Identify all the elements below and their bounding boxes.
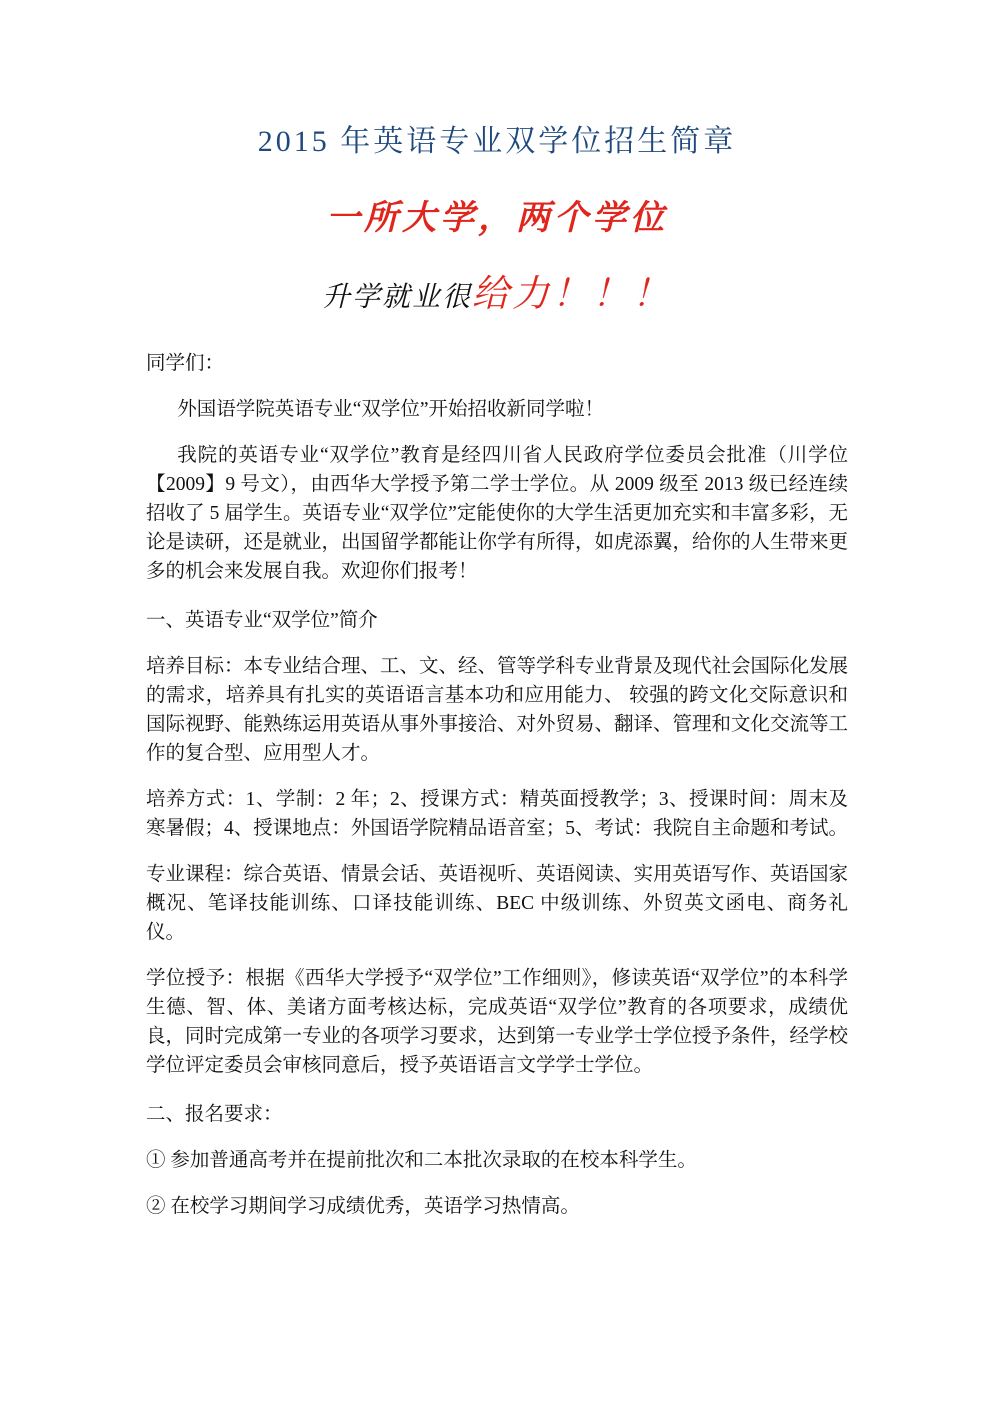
degree-award-paragraph: 学位授予：根据《西华大学授予“双学位”工作细则》，修读英语“双学位”的本科学生德… bbox=[146, 964, 848, 1080]
document-page: 2015 年英语专业双学位招生简章 一所大学，两个学位 升学就业很给力！！！ 同… bbox=[0, 0, 992, 1404]
slogan-line-2-highlight: 给力！！！ bbox=[472, 274, 672, 315]
intro-line: 外国语学院英语专业“双学位”开始招收新同学啦！ bbox=[146, 395, 848, 424]
section-2-title: 二、报名要求： bbox=[146, 1100, 848, 1129]
requirement-item-1: ① 参加普通高考并在提前批次和二本批次录取的在校本科学生。 bbox=[146, 1146, 848, 1175]
page-title: 2015 年英语专业双学位招生简章 bbox=[146, 120, 848, 164]
training-mode-paragraph: 培养方式：1、学制：2 年；2、授课方式：精英面授教学；3、授课时间：周末及寒暑… bbox=[146, 785, 848, 843]
courses-paragraph: 专业课程：综合英语、情景会话、英语视听、英语阅读、实用英语写作、英语国家概况、笔… bbox=[146, 860, 848, 947]
slogan-line-1: 一所大学，两个学位 bbox=[146, 194, 848, 244]
requirement-item-2: ② 在校学习期间学习成绩优秀，英语学习热情高。 bbox=[146, 1192, 848, 1221]
training-goal-paragraph: 培养目标：本专业结合理、工、文、经、管等学科专业背景及现代社会国际化发展的需求，… bbox=[146, 652, 848, 768]
overview-paragraph: 我院的英语专业“双学位”教育是经四川省人民政府学位委员会批准（川学位【2009】… bbox=[146, 441, 848, 586]
section-1-title: 一、英语专业“双学位”简介 bbox=[146, 606, 848, 635]
salutation: 同学们： bbox=[146, 349, 848, 378]
slogan-line-2-prefix: 升学就业很 bbox=[322, 282, 472, 313]
slogan-line-2: 升学就业很给力！！！ bbox=[146, 270, 848, 323]
